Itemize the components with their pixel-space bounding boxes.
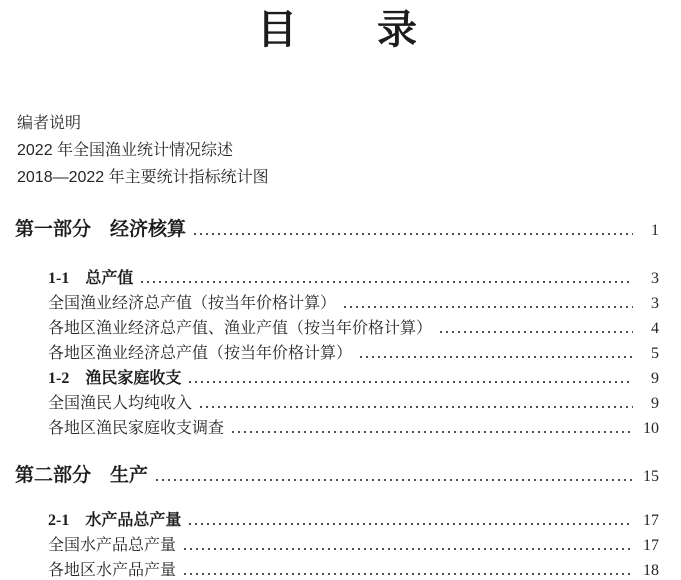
toc-page-number: 3 — [639, 266, 659, 291]
toc-page-number: 10 — [639, 416, 659, 441]
toc-entry: 各地区渔业经济总产值、渔业产值（按当年价格计算） 4 — [48, 316, 659, 341]
toc-item-group: 2-1 水产品总产量 17 全国水产品总产量 17 各地区水产品产量 18 — [48, 508, 659, 580]
toc-entry-label: 2-1 水产品总产量 — [48, 508, 181, 533]
dot-leader — [360, 356, 633, 358]
toc-entry: 全国水产品总产量 17 — [48, 533, 659, 558]
toc-page-number: 17 — [639, 533, 659, 558]
toc-entry: 各地区水产品产量 18 — [48, 558, 659, 580]
front-matter-entry: 2018—2022 年主要统计指标统计图 — [17, 164, 659, 191]
toc-entry: 2-1 水产品总产量 17 — [48, 508, 659, 533]
toc-entry-label: 1-1 总产值 — [48, 266, 133, 291]
dot-leader — [194, 233, 633, 235]
toc-page: 目 录 编者说明 2022 年全国渔业统计情况综述 2018—2022 年主要统… — [0, 0, 681, 580]
toc-entry: 各地区渔业经济总产值（按当年价格计算） 5 — [48, 341, 659, 366]
page-title: 目 录 — [15, 8, 659, 52]
toc-entry: 各地区渔民家庭收支调查 10 — [48, 416, 659, 441]
dot-leader — [141, 281, 633, 283]
dot-leader — [440, 331, 633, 333]
toc-entry: 全国渔业经济总产值（按当年价格计算） 3 — [48, 291, 659, 316]
toc-entry-label: 全国渔民人均纯收入 — [48, 391, 192, 416]
toc-page-number: 3 — [639, 291, 659, 316]
dot-leader — [200, 406, 633, 408]
toc-part-heading-label: 第一部分 经济核算 — [15, 217, 186, 243]
front-matter-entry: 2022 年全国渔业统计情况综述 — [17, 137, 659, 164]
toc-entry-label: 1-2 渔民家庭收支 — [48, 366, 181, 391]
toc-part-heading-label: 第二部分 生产 — [15, 463, 148, 489]
toc-entry-label: 各地区渔业经济总产值（按当年价格计算） — [48, 341, 352, 366]
toc-page-number: 15 — [639, 464, 659, 490]
toc-page-number: 9 — [639, 391, 659, 416]
dot-leader — [189, 381, 633, 383]
toc-entry-label: 各地区渔业经济总产值、渔业产值（按当年价格计算） — [48, 316, 432, 341]
toc-part-heading: 第一部分 经济核算 1 — [15, 217, 659, 243]
dot-leader — [184, 573, 633, 575]
dot-leader — [189, 523, 633, 525]
toc-entry: 全国渔民人均纯收入 9 — [48, 391, 659, 416]
toc-entry-label: 全国水产品总产量 — [48, 533, 176, 558]
toc-part-heading: 第二部分 生产 15 — [15, 463, 659, 489]
toc-entry: 1-2 渔民家庭收支 9 — [48, 366, 659, 391]
toc-entry-label: 全国渔业经济总产值（按当年价格计算） — [48, 291, 336, 316]
toc-entry-label: 各地区水产品产量 — [48, 558, 176, 580]
toc-entry: 1-1 总产值 3 — [48, 266, 659, 291]
toc-page-number: 1 — [639, 218, 659, 244]
dot-leader — [344, 306, 633, 308]
toc-page-number: 18 — [639, 558, 659, 580]
dot-leader — [232, 431, 633, 433]
toc-page-number: 9 — [639, 366, 659, 391]
dot-leader — [184, 548, 633, 550]
toc-entry-label: 各地区渔民家庭收支调查 — [48, 416, 224, 441]
front-matter-entry: 编者说明 — [17, 110, 659, 137]
toc-page-number: 4 — [639, 316, 659, 341]
toc-page-number: 17 — [639, 508, 659, 533]
toc-page-number: 5 — [639, 341, 659, 366]
toc-item-group: 1-1 总产值 3 全国渔业经济总产值（按当年价格计算） 3 各地区渔业经济总产… — [48, 266, 659, 441]
front-matter-list: 编者说明 2022 年全国渔业统计情况综述 2018—2022 年主要统计指标统… — [17, 110, 659, 191]
dot-leader — [156, 479, 633, 481]
